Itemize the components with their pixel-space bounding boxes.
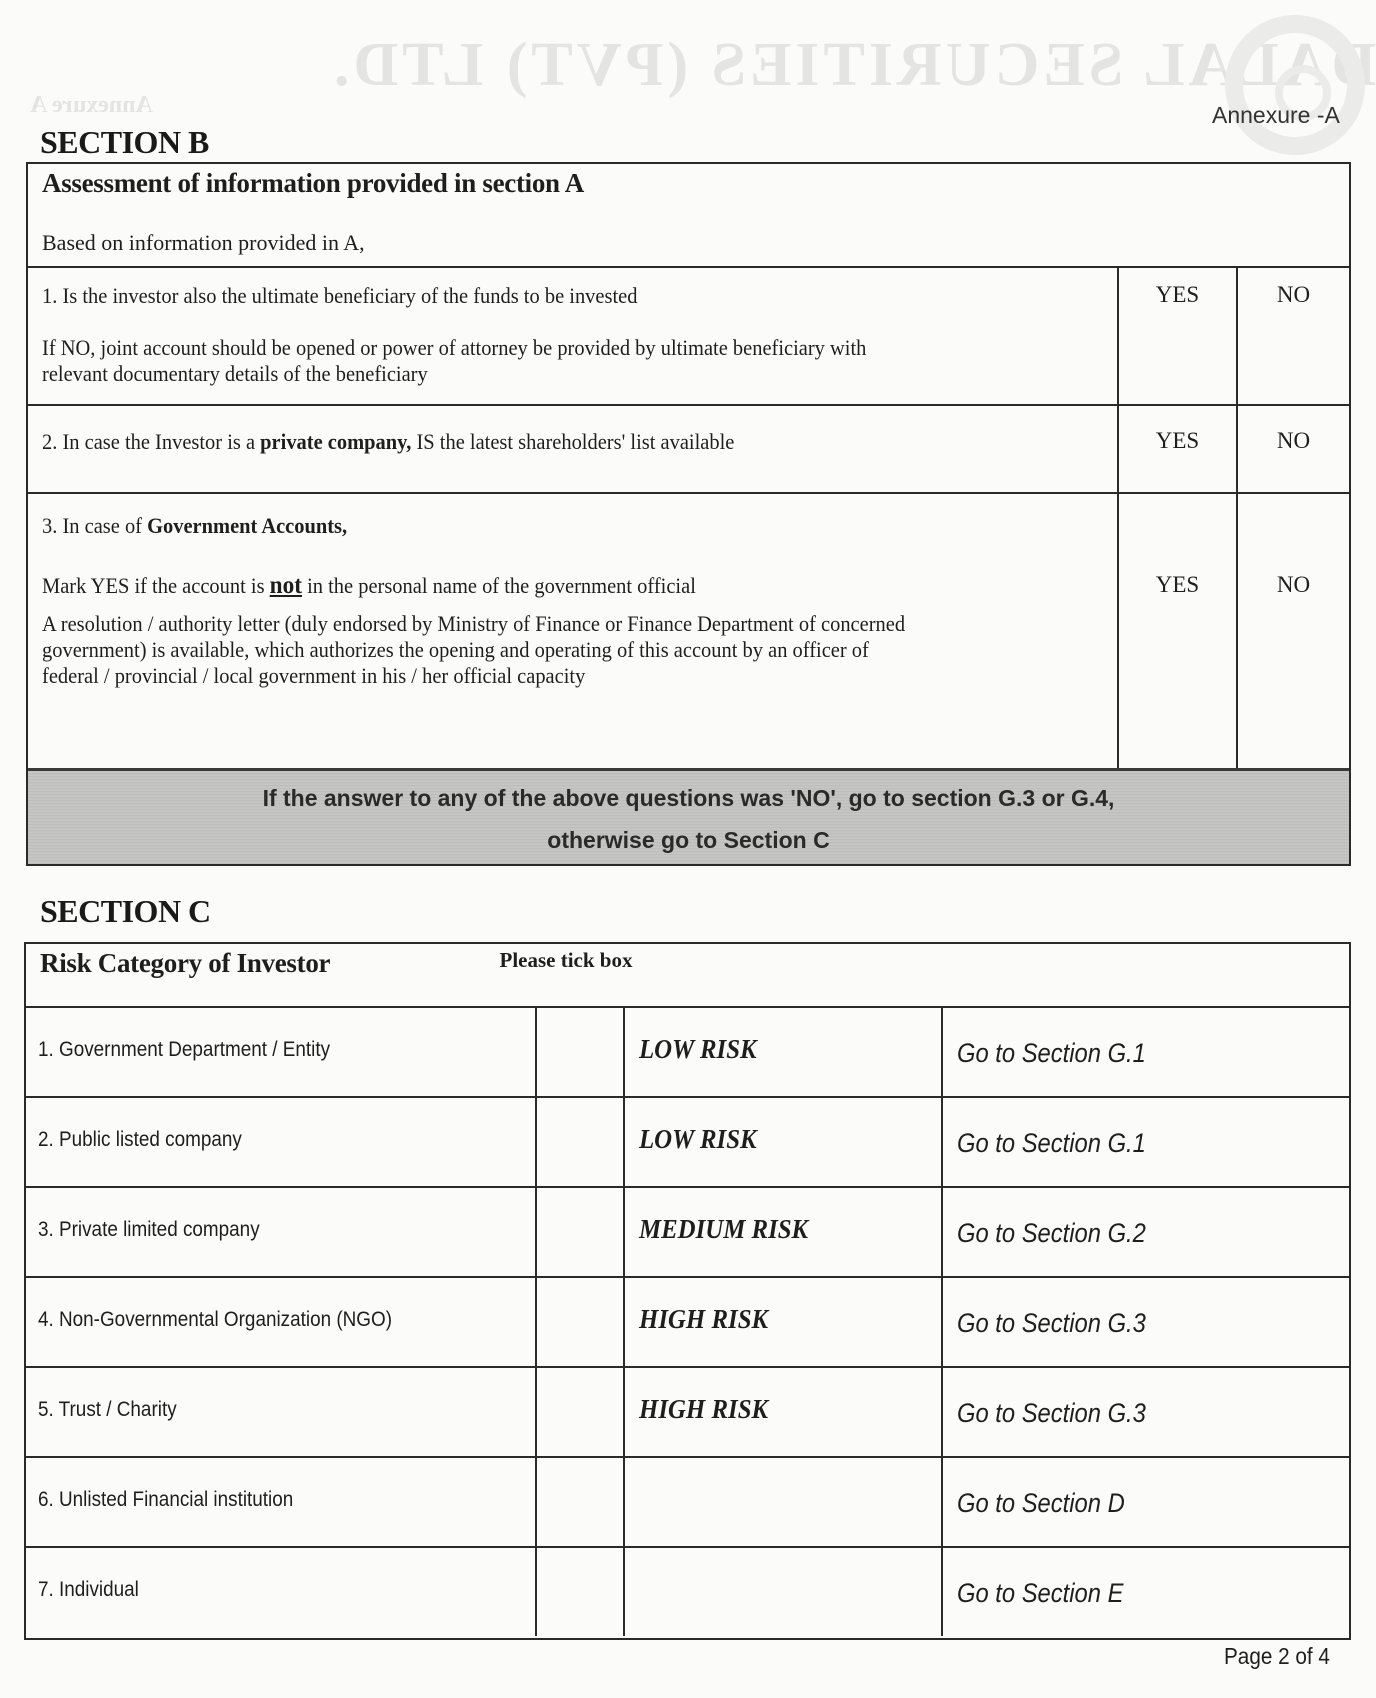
risk-table-row: 3. Private limited company MEDIUM RISK G… [26, 1186, 1349, 1278]
section-b-heading: SECTION B [40, 124, 209, 161]
question-2-no-option[interactable]: NO [1238, 404, 1349, 492]
risk-level-label: MEDIUM RISK [639, 1214, 808, 1245]
question-2-yes-option[interactable]: YES [1119, 404, 1238, 492]
goto-section-label: Go to Section G.3 [957, 1398, 1146, 1429]
risk-category-label: 3. Private limited company [38, 1218, 260, 1242]
risk-category-cell: 1. Government Department / Entity [26, 1006, 537, 1096]
watermark-logo-icon [1225, 15, 1365, 155]
tick-checkbox[interactable] [537, 1006, 623, 1096]
tick-box-cell[interactable] [537, 1006, 625, 1096]
tick-checkbox[interactable] [537, 1546, 623, 1636]
risk-level-cell [625, 1546, 943, 1636]
tick-checkbox[interactable] [537, 1456, 623, 1546]
risk-category-label: 4. Non-Governmental Organization (NGO) [38, 1308, 392, 1332]
question-3-mark-instruction: Mark YES if the account is not in the pe… [42, 572, 696, 599]
risk-table-row: 7. Individual Go to Section E [26, 1546, 1349, 1636]
section-c-header: Risk Category of Investor Please tick bo… [26, 944, 1349, 1008]
question-cell: 3. In case of Government Accounts, Mark … [28, 492, 1119, 768]
question-2-text: 2. In case the Investor is a private com… [42, 428, 734, 455]
risk-table-row: 4. Non-Governmental Organization (NGO) H… [26, 1276, 1349, 1368]
section-c-heading: SECTION C [40, 893, 211, 930]
question-3-no-option[interactable]: NO [1238, 492, 1349, 768]
goto-section-label: Go to Section G.1 [957, 1038, 1146, 1069]
goto-section-label: Go to Section G.2 [957, 1218, 1146, 1249]
risk-level-cell: HIGH RISK [625, 1366, 943, 1456]
goto-section-cell: Go to Section E [943, 1546, 1349, 1636]
risk-level-cell: LOW RISK [625, 1006, 943, 1096]
question-row-1: 1. Is the investor also the ultimate ben… [28, 266, 1349, 406]
risk-table-row: 1. Government Department / Entity LOW RI… [26, 1006, 1349, 1098]
question-1-yes-option[interactable]: YES [1119, 266, 1238, 404]
tick-checkbox[interactable] [537, 1186, 623, 1276]
risk-category-cell: 4. Non-Governmental Organization (NGO) [26, 1276, 537, 1366]
question-1-text: 1. Is the investor also the ultimate ben… [42, 282, 637, 309]
question-1-note-line1: If NO, joint account should be opened or… [42, 334, 866, 361]
tick-checkbox[interactable] [537, 1366, 623, 1456]
tick-box-cell[interactable] [537, 1546, 625, 1636]
question-row-3: 3. In case of Government Accounts, Mark … [28, 492, 1349, 768]
bleed-through-annexure: Annexure A [30, 92, 153, 119]
section-b-title: Assessment of information provided in se… [42, 168, 584, 199]
risk-category-label: 2. Public listed company [38, 1128, 242, 1152]
goto-section-cell: Go to Section G.3 [943, 1276, 1349, 1366]
question-3-resolution-line2: government) is available, which authoriz… [42, 636, 869, 663]
risk-level-cell: LOW RISK [625, 1096, 943, 1186]
question-cell: 2. In case the Investor is a private com… [28, 404, 1119, 492]
goto-section-cell: Go to Section D [943, 1456, 1349, 1546]
question-3-text: 3. In case of Government Accounts, [42, 512, 347, 539]
risk-category-cell: 7. Individual [26, 1546, 537, 1636]
question-3-resolution-line1: A resolution / authority letter (duly en… [42, 610, 905, 637]
question-1-note-line2: relevant documentary details of the bene… [42, 360, 428, 387]
goto-section-label: Go to Section D [957, 1488, 1125, 1519]
risk-category-label: 1. Government Department / Entity [38, 1038, 330, 1062]
banner-line-2: otherwise go to Section C [28, 827, 1349, 854]
risk-level-label: LOW RISK [639, 1034, 757, 1065]
risk-table-row: 5. Trust / Charity HIGH RISK Go to Secti… [26, 1366, 1349, 1458]
risk-category-cell: 3. Private limited company [26, 1186, 537, 1276]
risk-level-label: HIGH RISK [639, 1304, 768, 1335]
banner-line-1: If the answer to any of the above questi… [28, 785, 1349, 812]
section-c-risk-table: Risk Category of Investor Please tick bo… [24, 942, 1351, 1640]
tick-box-cell[interactable] [537, 1456, 625, 1546]
section-b-subtitle: Based on information provided in A, [42, 230, 365, 256]
question-cell: 1. Is the investor also the ultimate ben… [28, 266, 1119, 404]
question-1-no-option[interactable]: NO [1238, 266, 1349, 404]
tick-box-cell[interactable] [537, 1276, 625, 1366]
tick-box-cell[interactable] [537, 1366, 625, 1456]
risk-level-cell [625, 1456, 943, 1546]
risk-level-label: LOW RISK [639, 1124, 757, 1155]
risk-category-label: 5. Trust / Charity [38, 1398, 177, 1422]
tick-box-cell[interactable] [537, 1096, 625, 1186]
risk-category-cell: 5. Trust / Charity [26, 1366, 537, 1456]
question-3-resolution-line3: federal / provincial / local government … [42, 662, 585, 689]
annexure-label: Annexure -A [1212, 102, 1340, 129]
goto-section-label: Go to Section E [957, 1578, 1123, 1609]
risk-table-row: 6. Unlisted Financial institution Go to … [26, 1456, 1349, 1548]
risk-table-row: 2. Public listed company LOW RISK Go to … [26, 1096, 1349, 1188]
risk-category-cell: 6. Unlisted Financial institution [26, 1456, 537, 1546]
tick-checkbox[interactable] [537, 1096, 623, 1186]
section-c-title: Risk Category of Investor [40, 948, 330, 979]
risk-level-label: HIGH RISK [639, 1394, 768, 1425]
tick-box-cell[interactable] [537, 1186, 625, 1276]
page-number: Page 2 of 4 [1224, 1643, 1330, 1670]
goto-section-cell: Go to Section G.1 [943, 1006, 1349, 1096]
risk-category-label: 6. Unlisted Financial institution [38, 1488, 293, 1512]
tick-box-header: Please tick box [496, 946, 636, 974]
question-row-2: 2. In case the Investor is a private com… [28, 404, 1349, 494]
question-3-yes-option[interactable]: YES [1119, 492, 1238, 768]
section-b-table: Assessment of information provided in se… [26, 162, 1351, 866]
risk-level-cell: MEDIUM RISK [625, 1186, 943, 1276]
goto-section-label: Go to Section G.3 [957, 1308, 1146, 1339]
risk-level-cell: HIGH RISK [625, 1276, 943, 1366]
goto-section-cell: Go to Section G.1 [943, 1096, 1349, 1186]
goto-section-cell: Go to Section G.2 [943, 1186, 1349, 1276]
goto-section-label: Go to Section G.1 [957, 1128, 1146, 1159]
section-b-header: Assessment of information provided in se… [28, 164, 1349, 268]
section-b-instruction-banner: If the answer to any of the above questi… [28, 768, 1349, 864]
risk-category-label: 7. Individual [38, 1578, 139, 1602]
goto-section-cell: Go to Section G.3 [943, 1366, 1349, 1456]
risk-category-cell: 2. Public listed company [26, 1096, 537, 1186]
tick-checkbox[interactable] [537, 1276, 623, 1366]
bleed-through-letterhead: DALAL SECURITIES (PVT) LTD. [330, 30, 1376, 101]
